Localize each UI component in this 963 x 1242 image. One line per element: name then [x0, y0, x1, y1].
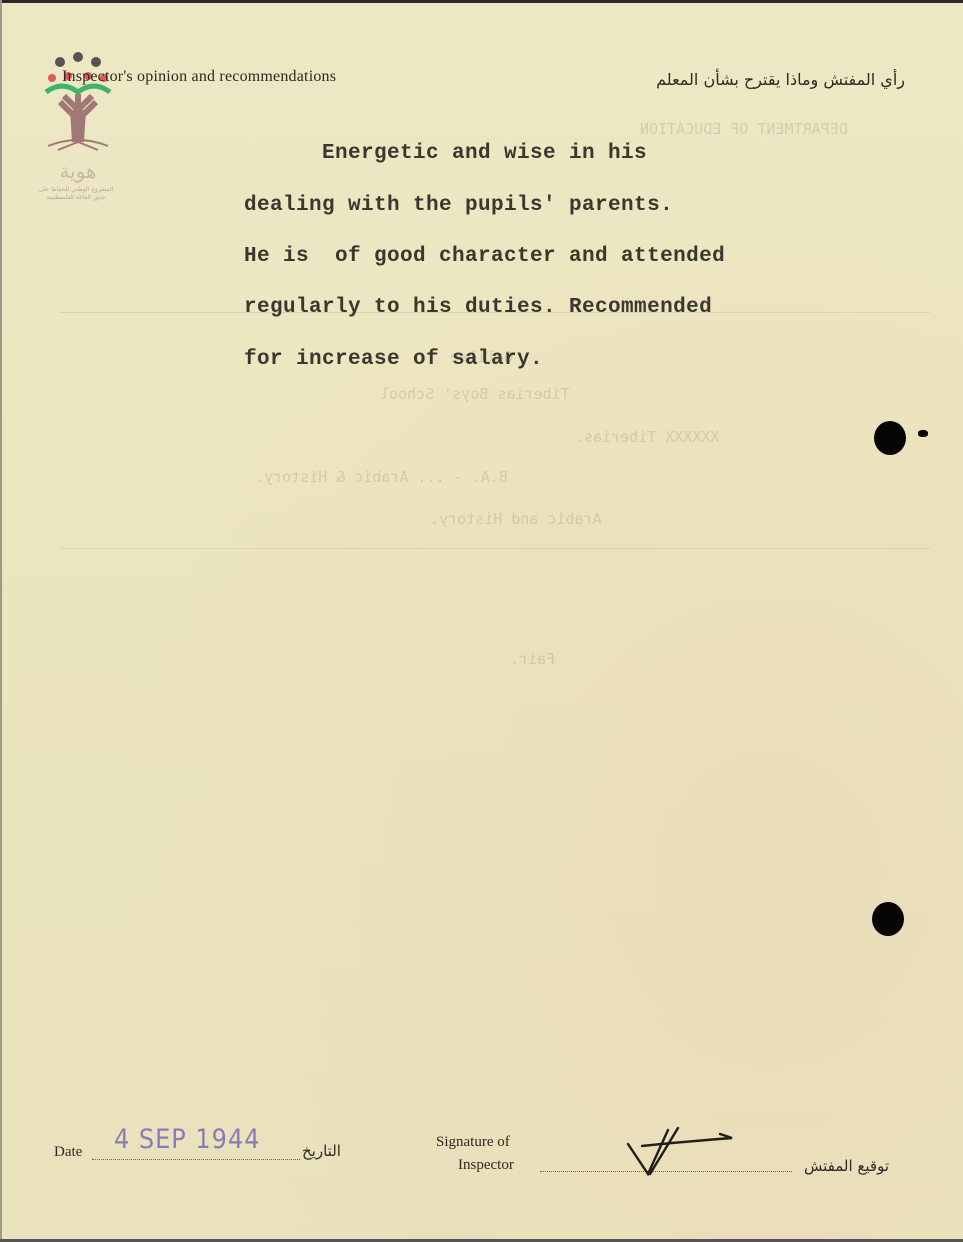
logo-caption: المشروع الوطني للحفاظ على جذور العائلة ا…: [26, 186, 126, 202]
bleed-through-text: B.A. - ... Arabic & History.: [255, 468, 508, 486]
remark-line: regularly to his duties. Recommended: [244, 296, 712, 319]
scan-edge-left: [0, 0, 2, 1242]
bleed-through-text: XXXXXX Tiberias.: [575, 428, 720, 446]
remark-line: dealing with the pupils' parents.: [244, 194, 673, 217]
date-dotted-line: [92, 1159, 300, 1160]
bleed-through-text: Arabic and History.: [430, 510, 602, 528]
date-stamp: 4 SEP 1944: [114, 1124, 260, 1155]
remark-line: for increase of salary.: [244, 348, 543, 371]
remark-line: He is of good character and attended: [244, 245, 725, 268]
signature-label: Signature of: [436, 1134, 510, 1151]
date-label-arabic: التاريخ: [302, 1142, 341, 1160]
bleed-through-text: Fair.: [510, 650, 555, 668]
date-label: Date: [54, 1144, 82, 1161]
punch-hole: [872, 902, 904, 936]
logo-arabic-name: هوية: [59, 159, 96, 183]
signature-label-arabic: توقيع المفتش: [804, 1157, 889, 1175]
section-heading-english: Inspector's opinion and recommendations: [62, 68, 336, 86]
inspector-signature: [620, 1124, 740, 1180]
bleed-through-rule: [60, 548, 930, 549]
bleed-through-text: DEPARTMENT OF EDUCATION: [640, 120, 848, 138]
punch-hole: [874, 421, 906, 455]
punch-hole-fragment: [918, 430, 928, 437]
section-heading-arabic: رأي المفتش وماذا يقترح بشأن المعلم: [656, 70, 905, 89]
remark-line: Energetic and wise in his: [244, 142, 647, 165]
document-page: [0, 0, 963, 1242]
signature-label-line2: Inspector: [458, 1157, 514, 1174]
bleed-through-text: Tiberias Boys' School: [380, 385, 570, 403]
scan-edge-top: [0, 0, 963, 3]
